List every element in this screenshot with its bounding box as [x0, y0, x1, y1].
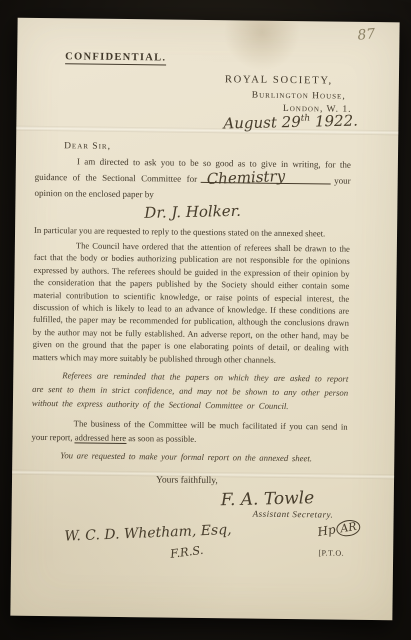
letter-header: CONFIDENTIAL. ROYAL SOCIETY, Burlington …	[35, 44, 352, 140]
date-day: August 29	[223, 113, 301, 133]
handwritten-paper-author: Dr. J. Holker.	[144, 202, 241, 222]
letterhead-organization: ROYAL SOCIETY,	[225, 74, 333, 86]
opening-paragraph: I am directed to ask you to be so good a…	[34, 153, 351, 205]
initials-circled: AR	[335, 519, 362, 539]
handwritten-committee-name: Chemistry	[206, 168, 285, 187]
handwritten-addressee-name: W. C. D. Whetham, Esq,	[64, 522, 232, 545]
initials-prefix: Hp	[316, 523, 336, 540]
date-year: 1922.	[314, 112, 357, 131]
handwritten-initials-mark: HpAR	[316, 519, 361, 542]
photo-background: 87 CONFIDENTIAL. ROYAL SOCIETY, Burlingt…	[0, 0, 411, 640]
council-notice-paragraph: The Council have ordered that the attent…	[32, 239, 349, 367]
letterhead-address-line1: Burlington House,	[252, 91, 346, 102]
valediction: Yours faithfully,	[156, 476, 347, 488]
business-underlined-text: addressed here	[75, 433, 127, 445]
handwritten-date: August 29th 1922.	[223, 112, 358, 133]
letter-content: CONFIDENTIAL. ROYAL SOCIETY, Burlington …	[10, 18, 399, 621]
committee-blank-line: Chemistry	[200, 174, 330, 185]
business-text-after: as soon as possible.	[126, 433, 196, 444]
handwritten-addressee-postnominals: F.R.S.	[169, 543, 204, 561]
business-paragraph: The business of the Committee will be mu…	[31, 416, 347, 448]
confidential-label: CONFIDENTIAL.	[65, 51, 166, 65]
instruction-paragraph: In particular you are requested to reply…	[34, 223, 350, 241]
letter-paper: 87 CONFIDENTIAL. ROYAL SOCIETY, Burlingt…	[10, 18, 399, 621]
date-ordinal-suffix: th	[300, 114, 310, 124]
formal-report-request: You are requested to make your formal re…	[60, 451, 347, 465]
pto-note: [P.T.O.	[318, 549, 344, 558]
letter-footer: W. C. D. Whetham, Esq, F.R.S. HpAR [P.T.…	[30, 518, 347, 576]
signer-title: Assistant Secretary.	[253, 509, 347, 520]
signature: F. A. Towle	[221, 488, 341, 511]
paper-author-line: Dr. J. Holker.	[34, 201, 350, 223]
salutation: Dear Sir,	[64, 141, 351, 155]
confidence-reminder-paragraph: Referees are reminded that the papers on…	[32, 369, 348, 414]
